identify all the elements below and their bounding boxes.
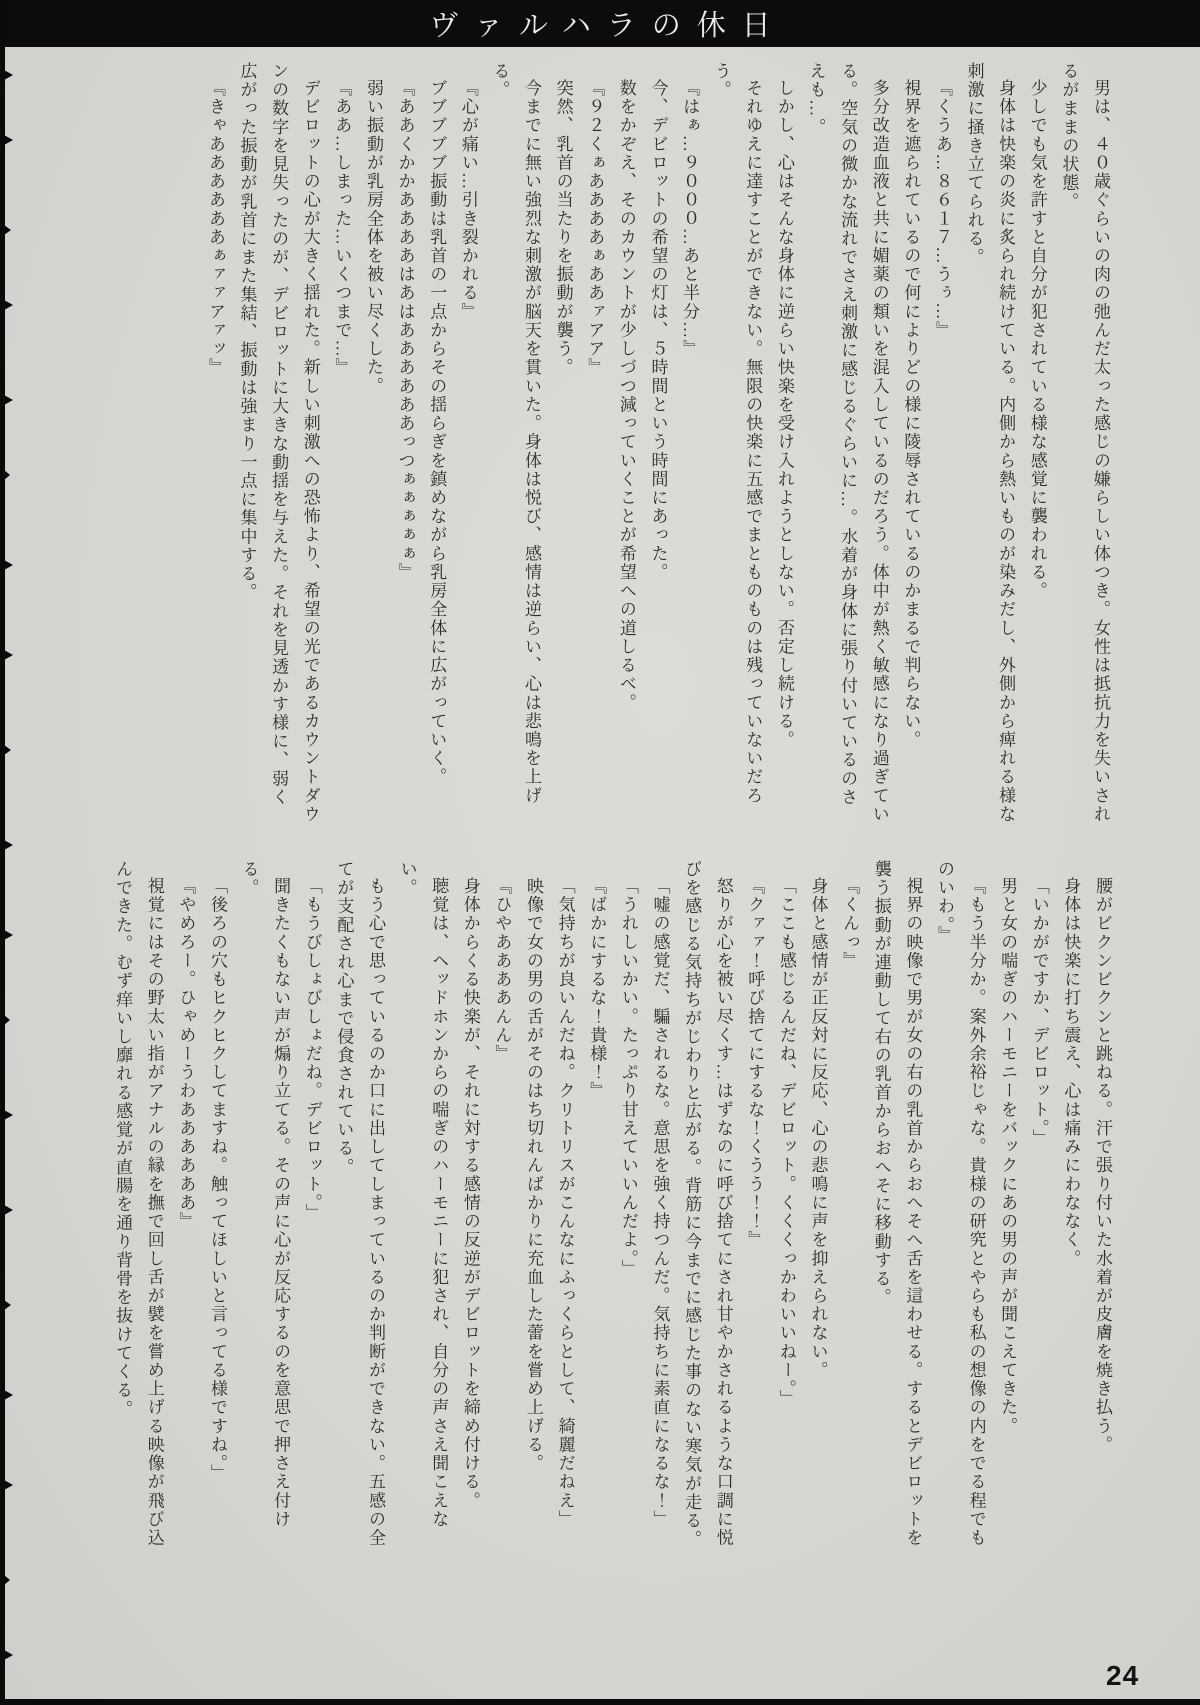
binding-mark (4, 470, 10, 480)
binding-mark (4, 650, 13, 660)
bottom-edge (0, 1699, 1200, 1705)
story-paragraph: それゆえに達すことができない。無限の快楽に五感でまとものものは残っていないだろう… (705, 62, 768, 824)
story-paragraph: 『ひやああああんん』 (486, 860, 518, 1550)
binding-edge (0, 0, 5, 1705)
story-paragraph: 弱い振動が乳房全体を被い尽くした。 (357, 62, 389, 824)
story-paragraph: 聴覚は、ヘッドホンからの喘ぎのハーモニーに犯され、自分の声さえ聞こえない。 (391, 860, 454, 1550)
story-paragraph: 突然、乳首の当たりを振動が襲う。 (547, 62, 579, 824)
story-paragraph: 身体は快楽の炎に炙られ続けている。内側から熱いものが染みだし、外側から痺れる様な… (958, 62, 1021, 824)
binding-mark (4, 225, 11, 235)
story-paragraph: 『ばかにするな！貴様！』 (581, 860, 613, 1550)
binding-mark (4, 1480, 13, 1490)
story-paragraph: 「嘘の感覚だ、騙されるな。意思を強く持つんだ。気持ちに素直になるな！」 (644, 860, 676, 1550)
story-paragraph: 「ここも感じるんだね、デビロット。くくくっかわいいねー。」 (770, 860, 802, 1550)
story-paragraph: 『もう半分か。案外余裕じゃな。貴様の研究とやらも私の想像の内をでる程でものいわ。… (928, 860, 991, 1550)
binding-mark (4, 1300, 11, 1310)
story-paragraph: 『くうあ…８６１７…うぅ…』 (926, 62, 958, 824)
story-paragraph: ブブブブブ振動は乳首の一点からその揺らぎを鎮めながら乳房全体に広がっていく。 (421, 62, 453, 824)
binding-mark (4, 1015, 10, 1025)
story-paragraph: 『きゃああああああぁァァアァッ』 (199, 62, 231, 824)
binding-mark (4, 395, 13, 405)
story-paragraph: 男は、４０歳ぐらいの肉の弛んだ太った感じの嫌らしい体つき。女性は抵抗力を失いされ… (1053, 62, 1116, 824)
story-paragraph: 身体からくる快楽が、それに対する感情の反逆がデビロットを締め付ける。 (454, 860, 486, 1550)
story-paragraph: 少しでも気を許すと自分が犯されている様な感覚に襲われる。 (1021, 62, 1053, 824)
binding-mark (4, 1575, 10, 1585)
story-paragraph: 今までに無い強烈な刺激が脳天を貫いた。身体は悦び、感情は逆らい、心は悲鳴を上げる… (484, 62, 547, 824)
story-paragraph: 怒りが心を被い尽くす…はずなのに呼び捨てにされ甘やかされるような口調に悦びを感じ… (675, 860, 738, 1550)
story-paragraph: 今、デビロットの希望の灯は、５時間という時間にあった。 (642, 62, 674, 824)
story-paragraph: 聞きたくもない声が煽り立てる。その声に心が反応するのを意思で押さえ付ける。 (233, 860, 296, 1550)
story-paragraph: もう心で思っているのか口に出してしまっているのか判断ができない。五感の全てが支配… (328, 860, 391, 1550)
binding-mark (4, 560, 13, 570)
story-paragraph: 多分改造血液と共に媚薬の類いを混入しているのだろう。体中が熱く敏感になり過ぎてい… (800, 62, 895, 824)
story-paragraph: 視界の映像で男が女の右の乳首からおへそへ舌を這わせる。するとデビロットを襲う振動… (865, 860, 928, 1550)
story-text-top-block: 男は、４０歳ぐらいの肉の弛んだ太った感じの嫌らしい体つき。女性は抵抗力を失いされ… (54, 62, 1116, 824)
story-paragraph: 『クァァ！呼び捨てにするな！くうう！！』 (739, 860, 771, 1550)
story-paragraph: 視界を遮られているので何によりどの様に陵辱されているのかまるで判らない。 (895, 62, 927, 824)
binding-mark (4, 1110, 13, 1120)
story-text-bottom-block: 腰がビクンビクンと跳ねる。汗で張り付いた水着が皮膚を焼き払う。身体は快楽に打ち震… (48, 860, 1118, 1550)
binding-mark (4, 930, 13, 940)
story-paragraph: 腰がビクンビクンと跳ねる。汗で張り付いた水着が皮膚を焼き払う。 (1086, 860, 1118, 1550)
story-paragraph: 「もうびしょびしょだね。デビロット。」 (296, 860, 328, 1550)
scanned-page: ヴァルハラの休日 男は、４０歳ぐらいの肉の弛んだ太った感じの嫌らしい体つき。女性… (0, 0, 1200, 1705)
story-paragraph: 『はぁ…９０００…あと半分…』 (673, 62, 705, 824)
page-number: 24 (1106, 1660, 1139, 1692)
binding-mark (4, 300, 13, 310)
binding-mark (4, 1205, 13, 1215)
story-paragraph: 「いかがですか、デビロット。」 (1023, 860, 1055, 1550)
story-paragraph: 「うれしいかい。たっぷり甘えていいんだよ。」 (612, 860, 644, 1550)
story-paragraph: 「後ろの穴もヒクヒクしてますね。触ってほしいと言ってる様ですね。」 (201, 860, 233, 1550)
binding-mark (4, 840, 13, 850)
binding-mark (4, 1650, 13, 1660)
story-paragraph: 男と女の喘ぎのハーモニーをバックにあの男の声が聞こえてきた。 (992, 860, 1024, 1550)
binding-mark (4, 745, 11, 755)
story-paragraph: 『９２くぁああああぁああァアア』 (579, 62, 611, 824)
binding-mark (4, 135, 13, 145)
story-paragraph: 『やめろー。ひゃめーうわああああああ』 (170, 860, 202, 1550)
story-paragraph: 身体と感情が正反対に反応、心の悲鳴に声を抑えられない。 (802, 860, 834, 1550)
binding-mark (4, 1390, 13, 1400)
story-paragraph: 『ああ…しまった…いくつまで…』 (326, 62, 358, 824)
story-paragraph: 映像で女の男の舌がそのはち切れんばかりに充血した蕾を嘗め上げる。 (517, 860, 549, 1550)
story-paragraph: 数をかぞえ、そのカウントが少しづつ減っていくことが希望への道しるべ。 (610, 62, 642, 824)
story-paragraph: 『心が痛い…引き裂かれる』 (452, 62, 484, 824)
story-paragraph: 『くんっ』 (834, 860, 866, 1550)
story-paragraph: 『ああくかかああああはあはああああああっつぁぁぁぁぁ』 (389, 62, 421, 824)
page-title: ヴァルハラの休日 (413, 3, 786, 44)
story-paragraph: しかし、心はそんな身体に逆らい快楽を受け入れようとしない。否定し続ける。 (768, 62, 800, 824)
story-paragraph: デビロットの心が大きく揺れた。新しい刺激への恐怖より、希望の光であるカウントダウ… (231, 62, 326, 824)
story-paragraph: 視覚にはその野太い指がアナルの縁を撫で回し舌が襞を嘗め上げる映像が飛び込んできた… (107, 860, 170, 1550)
binding-mark (4, 70, 13, 80)
story-paragraph: 「気持ちが良いんだね。クリトリスがこんなにふっくらとして、綺麗だねえ」 (549, 860, 581, 1550)
title-bar: ヴァルハラの休日 (0, 0, 1200, 47)
story-paragraph: 身体は快楽に打ち震え、心は痛みにわななく。 (1055, 860, 1087, 1550)
